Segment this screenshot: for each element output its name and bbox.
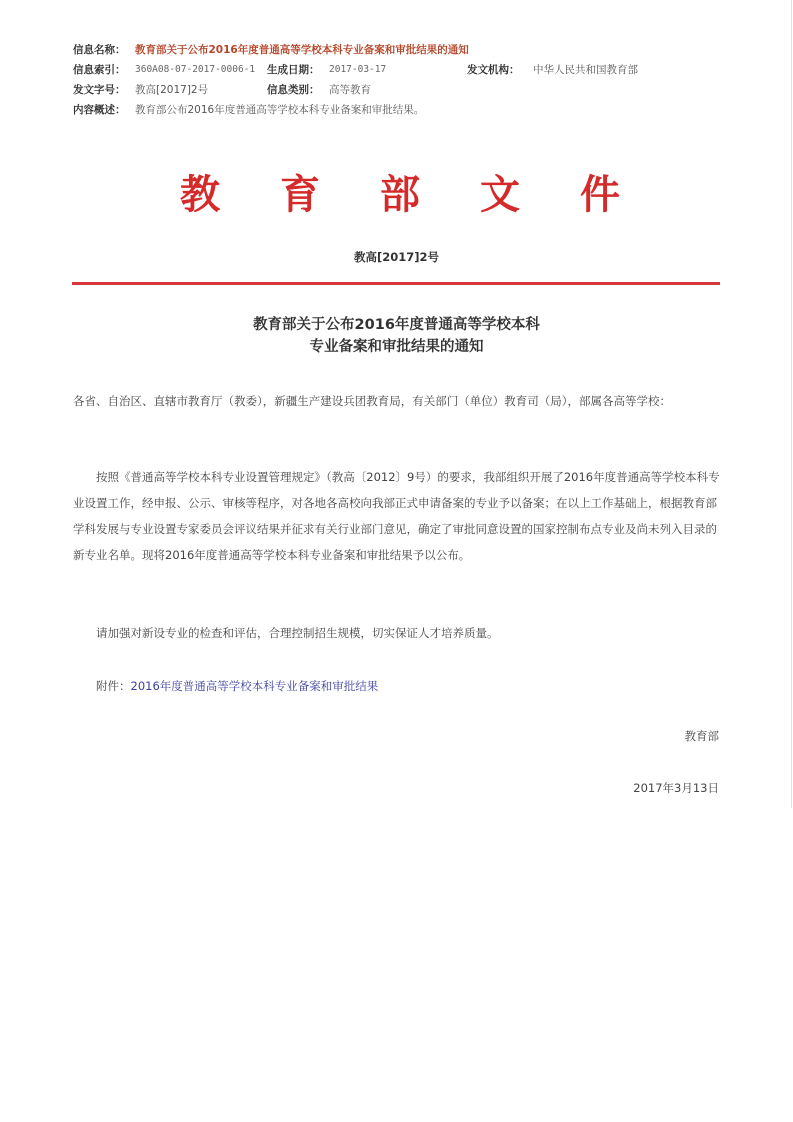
masthead-char: 文 xyxy=(480,175,520,215)
meta-row-docno: 发文字号： 教高[2017]2号 信息类别： 高等教育 xyxy=(73,80,733,100)
document-title: 教育部关于公布2016年度普通高等学校本科 专业备案和审批结果的通知 xyxy=(0,314,793,358)
signature-issuer: 教育部 xyxy=(685,728,720,744)
meta-label-issuer: 发文机构： xyxy=(467,60,520,80)
meta-label-name: 信息名称： xyxy=(73,40,126,60)
metadata-panel: 信息名称： 教育部关于公布2016年度普通高等学校本科专业备案和审批结果的通知 … xyxy=(73,40,733,120)
meta-row-summary: 内容概述： 教育部公布2016年度普通高等学校本科专业备案和审批结果。 xyxy=(73,100,733,120)
attachment-line: 附件：2016年度普通高等学校本科专业备案和审批结果 xyxy=(73,673,723,699)
body-paragraph-1: 按照《普通高等学校本科专业设置管理规定》（教高〔2012〕9号）的要求，我部组织… xyxy=(73,464,723,568)
meta-value-index: 360A08-07-2017-0006-1 xyxy=(135,60,255,80)
signature-date: 2017年3月13日 xyxy=(633,780,719,796)
attachment-label: 附件： xyxy=(96,679,131,693)
meta-value-summary: 教育部公布2016年度普通高等学校本科专业备案和审批结果。 xyxy=(135,100,424,120)
document-number: 教高[2017]2号 xyxy=(0,249,793,265)
red-divider xyxy=(72,282,720,285)
document-masthead: 教 育 部 文 件 xyxy=(180,165,620,225)
meta-label-index: 信息索引： xyxy=(73,60,126,80)
title-line-2: 专业备案和审批结果的通知 xyxy=(0,336,793,358)
page-edge-rule xyxy=(791,0,792,808)
salutation: 各省、自治区、直辖市教育厅（教委），新疆生产建设兵团教育局，有关部门（单位）教育… xyxy=(73,388,723,414)
meta-row-name: 信息名称： 教育部关于公布2016年度普通高等学校本科专业备案和审批结果的通知 xyxy=(73,40,733,60)
masthead-char: 育 xyxy=(280,175,320,215)
meta-value-date: 2017-03-17 xyxy=(329,60,386,80)
meta-label-date: 生成日期： xyxy=(267,60,320,80)
attachment-link[interactable]: 2016年度普通高等学校本科专业备案和审批结果 xyxy=(131,679,379,693)
masthead-char: 教 xyxy=(180,175,220,215)
meta-label-docno: 发文字号： xyxy=(73,80,126,100)
meta-label-category: 信息类别： xyxy=(267,80,320,100)
meta-label-summary: 内容概述： xyxy=(73,100,126,120)
body-paragraph-2: 请加强对新设专业的检查和评估，合理控制招生规模，切实保证人才培养质量。 xyxy=(73,620,723,646)
masthead-char: 部 xyxy=(380,175,420,215)
masthead-char: 件 xyxy=(580,175,620,215)
meta-value-issuer: 中华人民共和国教育部 xyxy=(533,60,638,80)
meta-value-docno: 教高[2017]2号 xyxy=(135,80,208,100)
meta-value-name[interactable]: 教育部关于公布2016年度普通高等学校本科专业备案和审批结果的通知 xyxy=(135,40,469,60)
title-line-1: 教育部关于公布2016年度普通高等学校本科 xyxy=(0,314,793,336)
meta-row-index: 信息索引： 360A08-07-2017-0006-1 生成日期： 2017-0… xyxy=(73,60,733,80)
meta-value-category: 高等教育 xyxy=(329,80,371,100)
